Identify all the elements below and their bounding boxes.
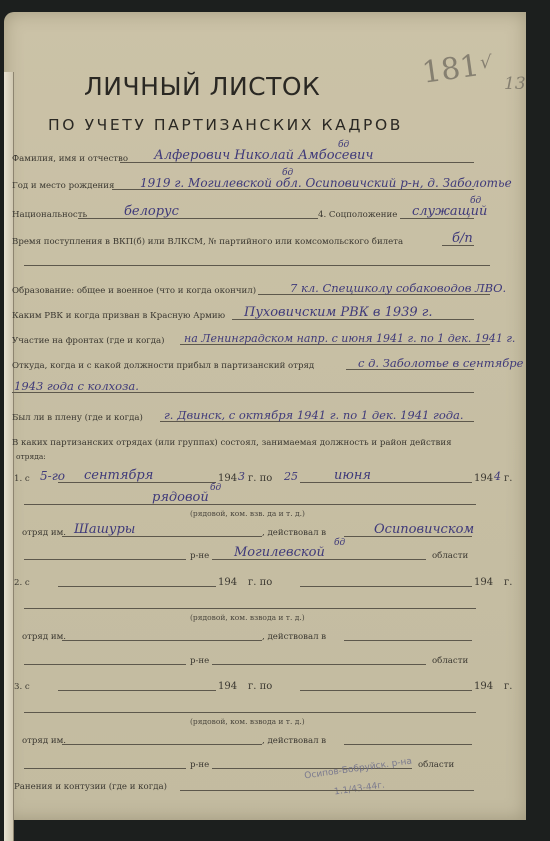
field-name-sup: бд bbox=[338, 140, 349, 150]
entry-1-position-value: рядовой bbox=[152, 490, 209, 505]
entry-1-dates: 1. с 5-го сентября 194 3 г. по 25 июня 1… bbox=[12, 468, 500, 486]
entry-1-position-line bbox=[24, 504, 476, 505]
entry-3-otryad: отряд им. , действовал в bbox=[12, 730, 500, 748]
entry-1-day-to: 25 bbox=[284, 470, 298, 483]
field-nationality-label: Национальность bbox=[12, 210, 87, 220]
entry-3-g-po: г. по bbox=[248, 681, 272, 692]
field-name: Фамилия, имя и отчество Алферович Никола… bbox=[12, 148, 500, 166]
entry-1-position-hint: (рядовой, ком. взв. да и т. д.) bbox=[190, 509, 305, 518]
entry-2-num: 2. с bbox=[14, 578, 30, 588]
detachments-label2: отряда: bbox=[16, 452, 46, 461]
entry-3-rne-line bbox=[24, 768, 186, 769]
entry-1-year-to: 194 bbox=[474, 473, 493, 484]
entry-3-line-to bbox=[300, 690, 472, 691]
entry-2-rne-label: р-не bbox=[190, 656, 209, 666]
field-wounds: Ранения и контузии (где и когда) bbox=[12, 776, 500, 794]
entry-2-oblast-label: области bbox=[432, 656, 468, 666]
entry-2-line-from bbox=[58, 586, 216, 587]
field-birth-label: Год и место рождения bbox=[12, 181, 114, 191]
entry-2-line-to bbox=[300, 586, 472, 587]
field-social-sup: бд bbox=[470, 196, 481, 206]
entry-1-rne-label: р-не bbox=[190, 551, 209, 561]
entry-2-acted-label: , действовал в bbox=[262, 632, 326, 642]
entry-2-otryad-label: отряд им. bbox=[22, 632, 66, 642]
field-party-label: Время поступления в ВКП(б) или ВЛКСМ, № … bbox=[12, 237, 403, 247]
entry-3-num: 3. с bbox=[14, 682, 30, 692]
entry-2-rne-line bbox=[24, 664, 186, 665]
entry-2-otryad: отряд им. , действовал в bbox=[12, 626, 500, 644]
field-nationality-value: белорус bbox=[124, 204, 179, 219]
entry-3-rne-label: р-не bbox=[190, 760, 209, 770]
field-fronts-value: на Ленинградском напр. с июня 1941 г. по… bbox=[184, 332, 515, 345]
field-party: Время поступления в ВКП(б) или ВЛКСМ, № … bbox=[12, 231, 500, 249]
field-wounds-label: Ранения и контузии (где и когда) bbox=[14, 782, 167, 792]
field-arrival-value2: 1943 года с колхоза. bbox=[14, 379, 139, 393]
field-fronts: Участие на фронтах (где и когда) на Лени… bbox=[12, 330, 500, 348]
entry-3-year-from: 194 bbox=[218, 681, 237, 692]
field-education-value: 7 кл. Спецшколу собаководов ЛВО. bbox=[290, 281, 506, 295]
entry-2-dates: 2. с 194 г. по 194 г. bbox=[12, 572, 500, 590]
entry-3-year-to: 194 bbox=[474, 681, 493, 692]
entry-1-g: г. bbox=[504, 473, 512, 484]
entry-3-district-line bbox=[344, 744, 472, 745]
entry-3-otryad-line bbox=[62, 744, 262, 745]
entry-1-position-sup: бд bbox=[210, 483, 221, 493]
blank-line bbox=[24, 265, 490, 266]
entry-1-oblast-label: области bbox=[432, 551, 468, 561]
entry-1-month-from: сентября bbox=[84, 468, 153, 483]
entry-1-num: 1. с bbox=[14, 474, 30, 484]
field-name-label: Фамилия, имя и отчество bbox=[12, 154, 128, 164]
entry-1-otryad: отряд им. Шашуры , действовал в Осипович… bbox=[12, 522, 500, 540]
field-party-value: б/п bbox=[452, 231, 473, 246]
field-arrival-cont: 1943 года с колхоза. bbox=[12, 378, 500, 396]
field-education: Образование: общее и военное (что и когд… bbox=[12, 280, 500, 298]
field-birth-value: 1919 г. Могилевской обл. Осиповичский р-… bbox=[140, 176, 512, 190]
entry-1-district-value: Осиповичском bbox=[374, 522, 474, 537]
entry-2-otryad-line bbox=[62, 640, 262, 641]
document-title: ЛИЧНЫЙ ЛИСТОК bbox=[84, 72, 384, 101]
field-rvk: Каким РВК и когда призван в Красную Арми… bbox=[12, 305, 500, 323]
entry-1-acted-label: , действовал в bbox=[262, 528, 326, 538]
detachments-heading2: отряда: bbox=[12, 445, 500, 463]
entry-2-position-hint: (рядовой, ком. взвода и т. д.) bbox=[190, 613, 305, 622]
entry-1-rne-line bbox=[24, 559, 186, 560]
entry-3-g: г. bbox=[504, 681, 512, 692]
entry-3-line-from bbox=[58, 690, 216, 691]
field-arrival-value: с д. Заболотье в сентябре bbox=[358, 356, 523, 370]
entry-1-otryad-value: Шашуры bbox=[74, 522, 135, 537]
field-fronts-label: Участие на фронтах (где и когда) bbox=[12, 336, 165, 346]
entry-1-month-to: июня bbox=[334, 468, 371, 483]
field-wounds-line bbox=[180, 790, 474, 791]
field-captivity-value: г. Двинск, с октября 1941 г. по 1 дек. 1… bbox=[164, 408, 464, 422]
field-birth-sup: бд bbox=[282, 168, 293, 178]
entry-3-oblast-label: области bbox=[418, 760, 454, 770]
field-birth: Год и место рождения 1919 г. Могилевской… bbox=[12, 175, 500, 193]
field-nationality-line bbox=[78, 218, 318, 219]
entry-2-year-to: 194 bbox=[474, 577, 493, 588]
entry-2-region: р-не области bbox=[12, 650, 500, 668]
document-subtitle: ПО УЧЕТУ ПАРТИЗАНСКИХ КАДРОВ bbox=[48, 116, 403, 134]
entry-2-year-from: 194 bbox=[218, 577, 237, 588]
entry-1-year-to-digit: 4 bbox=[494, 470, 501, 483]
entry-1-line-to bbox=[300, 482, 472, 483]
field-nationality: Национальность белорус 4. Соцположение с… bbox=[12, 204, 500, 222]
entry-3-dates: 3. с 194 г. по 194 г. bbox=[12, 676, 500, 694]
entry-3-position bbox=[12, 698, 500, 716]
corner-number-mark: 181 bbox=[420, 48, 482, 91]
field-social-label: 4. Соцположение bbox=[318, 210, 397, 220]
field-social-value: служащий bbox=[412, 204, 487, 219]
field-rvk-label: Каким РВК и когда призван в Красную Арми… bbox=[12, 311, 225, 321]
field-education-label: Образование: общее и военное (что и когд… bbox=[12, 286, 256, 296]
page-number-mark: 13 bbox=[504, 74, 526, 94]
field-arrival: Откуда, когда и с какой должности прибыл… bbox=[12, 355, 500, 373]
field-captivity: Был ли в плену (где и когда) г. Двинск, … bbox=[12, 407, 500, 425]
entry-3-position-line bbox=[24, 712, 476, 713]
entry-2-district-line bbox=[344, 640, 472, 641]
check-mark-icon: √ bbox=[480, 52, 491, 73]
entry-1-day-from: 5-го bbox=[40, 469, 65, 483]
entry-2-g-po: г. по bbox=[248, 577, 272, 588]
entry-2-position bbox=[12, 594, 500, 612]
field-arrival-label: Откуда, когда и с какой должности прибыл… bbox=[12, 361, 314, 371]
field-captivity-label: Был ли в плену (где и когда) bbox=[12, 413, 143, 423]
entry-1-region: р-не Могилевской бд области bbox=[12, 545, 500, 563]
entry-3-position-hint: (рядовой, ком. взвода и т. д.) bbox=[190, 717, 305, 726]
entry-3-acted-label: , действовал в bbox=[262, 736, 326, 746]
entry-1-otryad-label: отряд им. bbox=[22, 528, 66, 538]
entry-3-otryad-label: отряд им. bbox=[22, 736, 66, 746]
entry-2-position-line bbox=[24, 608, 476, 609]
entry-1-oblast-sup: бд bbox=[334, 538, 345, 548]
field-rvk-value: Пуховичским РВК в 1939 г. bbox=[244, 305, 433, 320]
entry-2-oblast-line bbox=[212, 664, 426, 665]
document-page: ЛИЧНЫЙ ЛИСТОК ПО УЧЕТУ ПАРТИЗАНСКИХ КАДР… bbox=[4, 12, 526, 820]
entry-1-oblast-value: Могилевской bbox=[234, 545, 325, 560]
entry-1-g-po: г. по bbox=[248, 473, 272, 484]
entry-1-year-from-digit: 3 bbox=[238, 470, 245, 483]
entry-2-g: г. bbox=[504, 577, 512, 588]
entry-3-region: р-не области bbox=[12, 754, 500, 772]
field-name-value: Алферович Николай Амбосевич bbox=[154, 148, 374, 163]
entry-1-position: рядовой бд bbox=[12, 490, 500, 508]
